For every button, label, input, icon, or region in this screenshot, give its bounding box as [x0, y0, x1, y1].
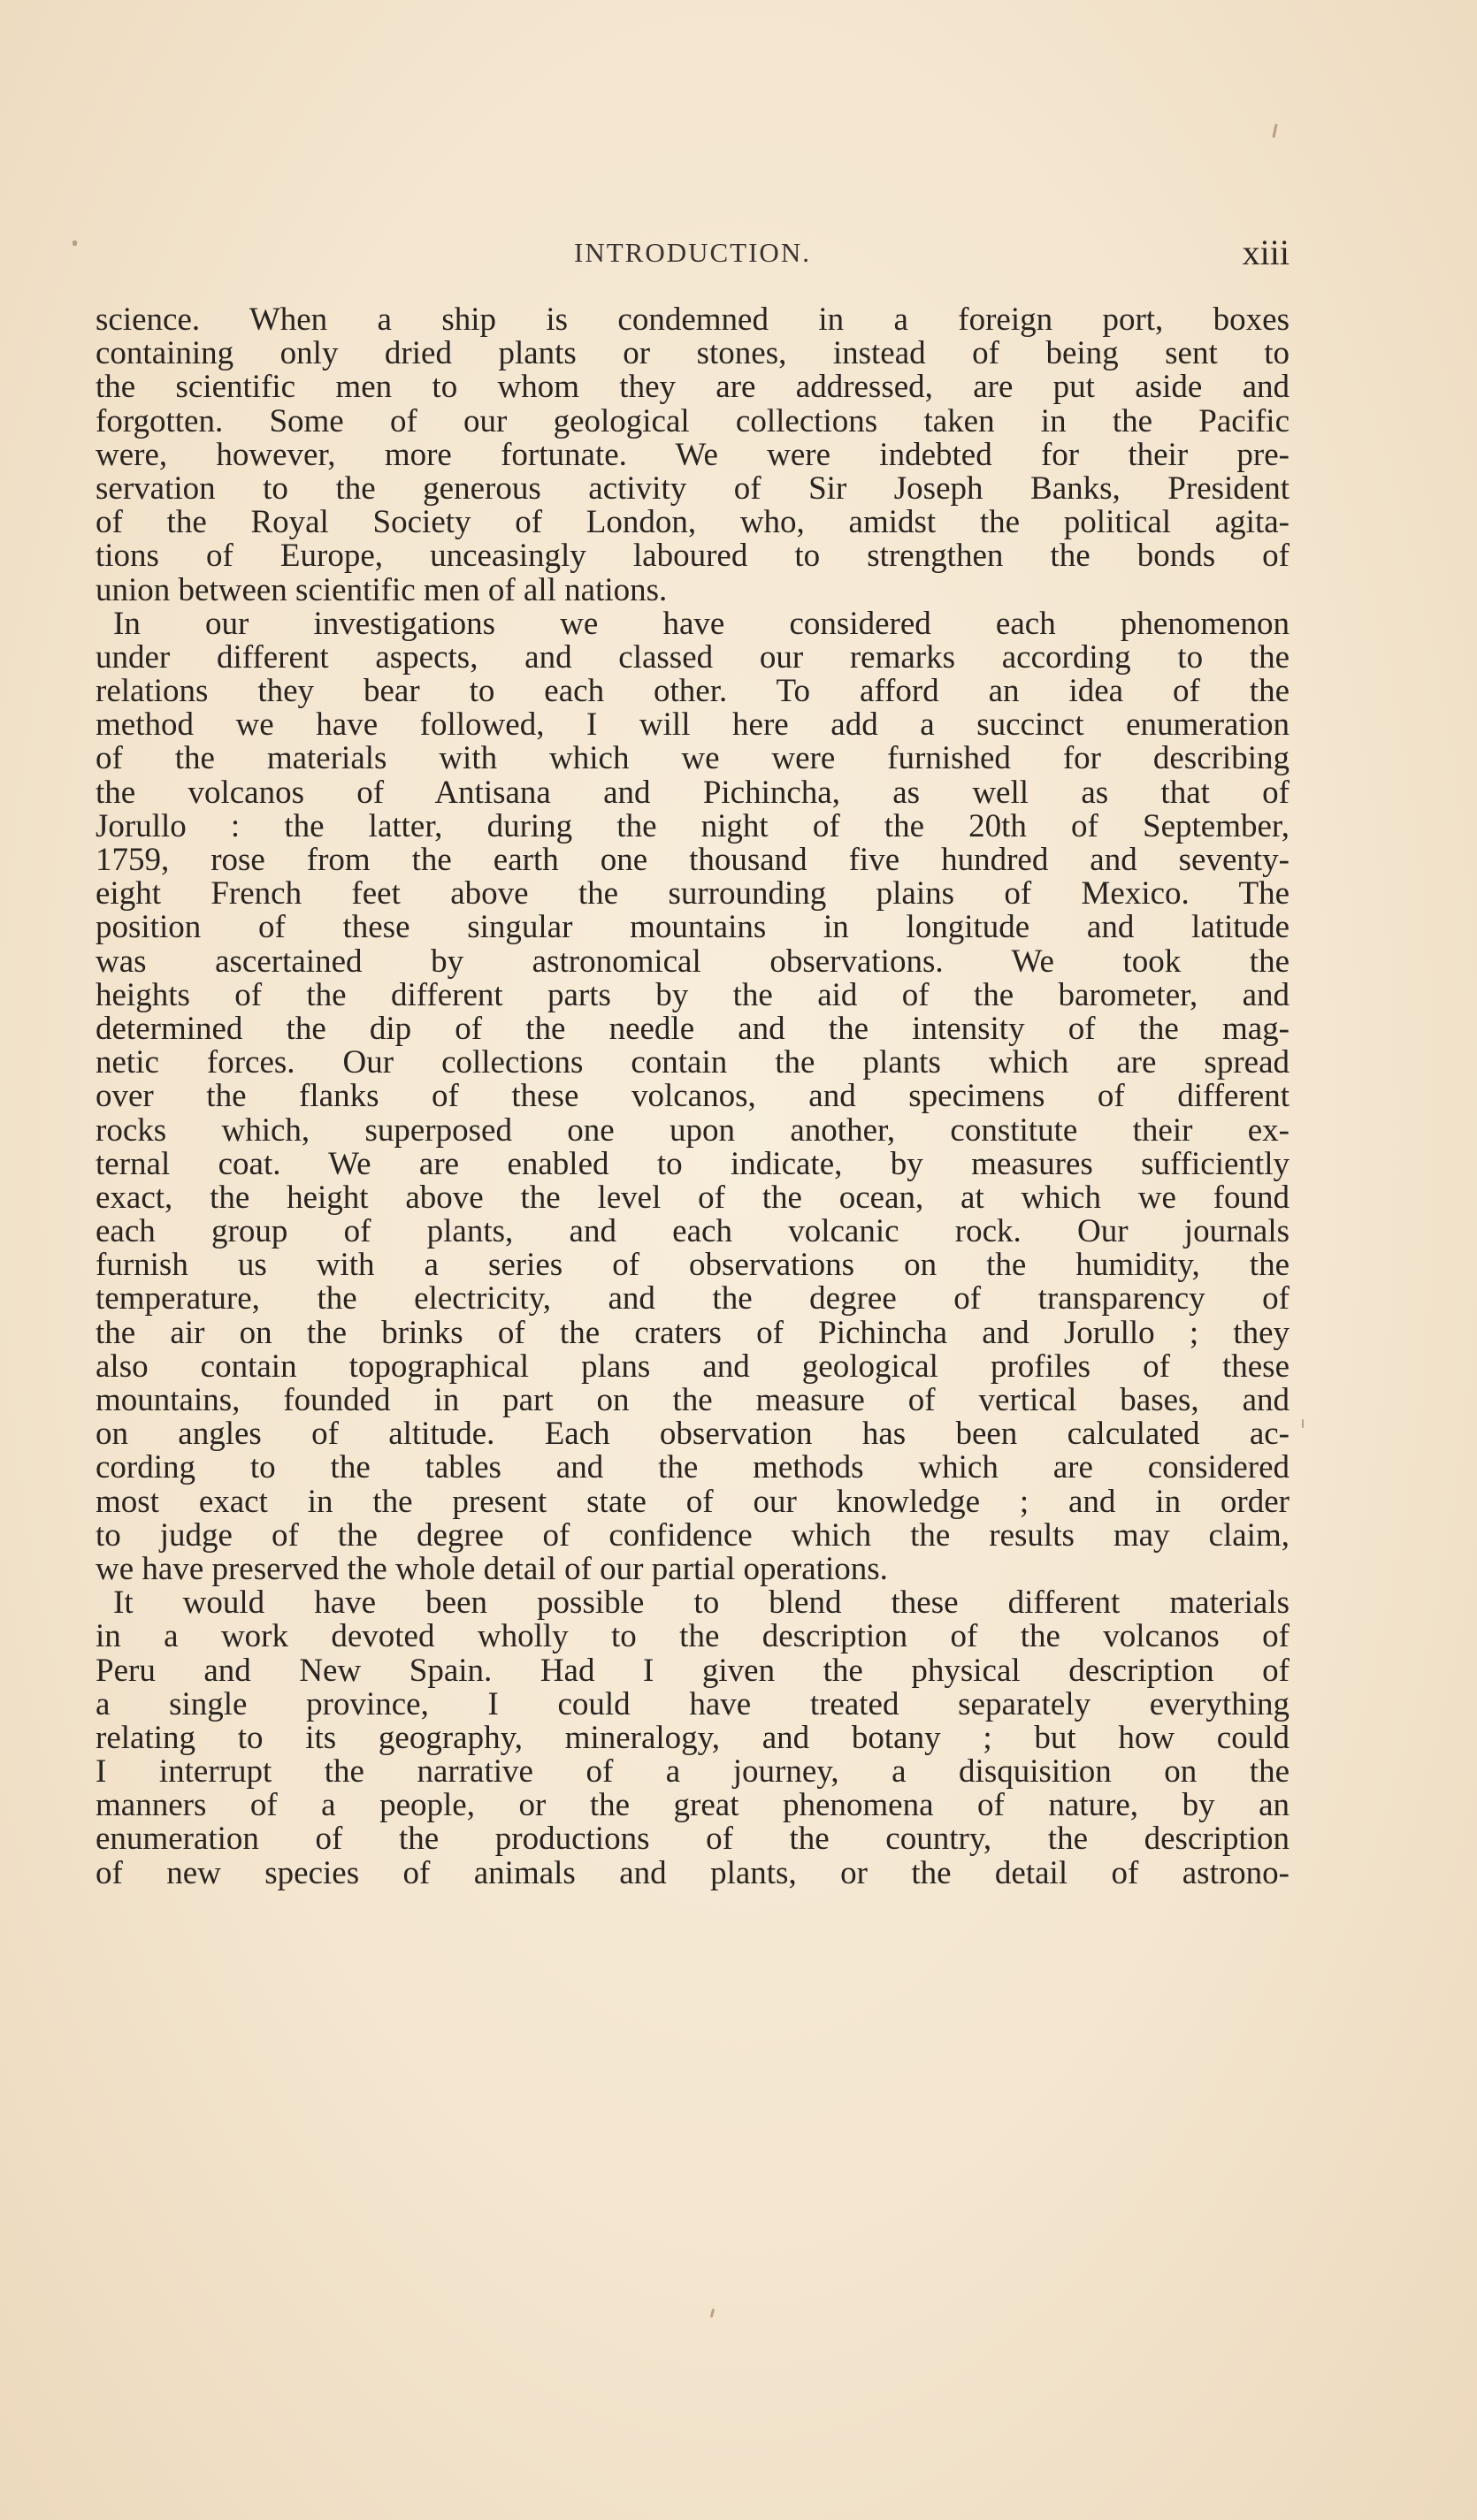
text-line: forgotten. Some of our geological collec… — [96, 405, 1290, 439]
paragraph-start-line: In our investigations we have considered… — [96, 607, 1290, 641]
text-line: a single province, I could have treated … — [96, 1688, 1290, 1722]
text-line: 1759, rose from the earth one thousand f… — [96, 844, 1290, 877]
paper-speck — [73, 241, 77, 246]
paragraph-start-line: It would have been possible to blend the… — [96, 1586, 1290, 1620]
text-line: most exact in the present state of our k… — [96, 1485, 1290, 1519]
text-line: cording to the tables and the methods wh… — [96, 1451, 1290, 1485]
text-line: determined the dip of the needle and the… — [96, 1012, 1290, 1046]
text-line: mountains, founded in part on the measur… — [96, 1384, 1290, 1417]
text-line: also contain topographical plans and geo… — [96, 1350, 1290, 1384]
text-line: ternal coat. We are enabled to indicate,… — [96, 1148, 1290, 1181]
text-line: netic forces. Our collections contain th… — [96, 1046, 1290, 1080]
paper-speck — [1302, 1419, 1304, 1428]
text-line: temperature, the electricity, and the de… — [96, 1282, 1290, 1316]
text-line: tions of Europe, unceasingly laboured to… — [96, 539, 1290, 573]
paper-speck — [1272, 124, 1277, 138]
text-line: the volcanos of Antisana and Pichincha, … — [96, 776, 1290, 810]
text-line: under different aspects, and classed our… — [96, 641, 1290, 675]
text-line: eight French feet above the surrounding … — [96, 877, 1290, 911]
text-line: method we have followed, I will here add… — [96, 708, 1290, 742]
text-line: furnish us with a series of observations… — [96, 1249, 1290, 1282]
text-line: manners of a people, or the great phenom… — [96, 1789, 1290, 1822]
text-line: relations they bear to each other. To af… — [96, 675, 1290, 708]
text-line: Peru and New Spain. Had I given the phys… — [96, 1654, 1290, 1688]
running-title: INTRODUCTION. — [96, 237, 1290, 269]
text-line: enumeration of the productions of the co… — [96, 1822, 1290, 1856]
text-line: to judge of the degree of confidence whi… — [96, 1519, 1290, 1553]
text-line: rocks which, superposed one upon another… — [96, 1114, 1290, 1148]
text-line: servation to the generous activity of Si… — [96, 472, 1290, 506]
text-line: of new species of animals and plants, or… — [96, 1857, 1290, 1890]
text-line: over the flanks of these volcanos, and s… — [96, 1080, 1290, 1113]
text-line: we have preserved the whole detail of ou… — [96, 1553, 1290, 1586]
text-line: relating to its geography, mineralogy, a… — [96, 1722, 1290, 1755]
text-line: science. When a ship is condemned in a f… — [96, 303, 1290, 337]
text-line: position of these singular mountains in … — [96, 911, 1290, 944]
text-line: union between scientific men of all nati… — [96, 574, 1290, 607]
text-line: the scientific men to whom they are addr… — [96, 370, 1290, 404]
paper-speck — [710, 2309, 715, 2318]
text-line: on angles of altitude. Each observation … — [96, 1417, 1290, 1451]
running-head: INTRODUCTION. xiii — [96, 232, 1290, 271]
text-line: heights of the different parts by the ai… — [96, 979, 1290, 1012]
text-line: was ascertained by astronomical observat… — [96, 945, 1290, 979]
text-line: I interrupt the narrative of a journey, … — [96, 1755, 1290, 1789]
body-text: science. When a ship is condemned in a f… — [96, 303, 1290, 1890]
text-line: of the materials with which we were furn… — [96, 742, 1290, 775]
text-line: containing only dried plants or stones, … — [96, 337, 1290, 370]
text-line: of the Royal Society of London, who, ami… — [96, 506, 1290, 539]
text-line: Jorullo : the latter, during the night o… — [96, 810, 1290, 844]
text-line: each group of plants, and each volcanic … — [96, 1215, 1290, 1249]
text-line: exact, the height above the level of the… — [96, 1181, 1290, 1215]
text-line: in a work devoted wholly to the descript… — [96, 1620, 1290, 1653]
page-number: xiii — [1243, 232, 1290, 273]
text-line: were, however, more fortunate. We were i… — [96, 439, 1290, 472]
text-line: the air on the brinks of the craters of … — [96, 1317, 1290, 1350]
book-page: INTRODUCTION. xiii science. When a ship … — [0, 0, 1477, 2520]
